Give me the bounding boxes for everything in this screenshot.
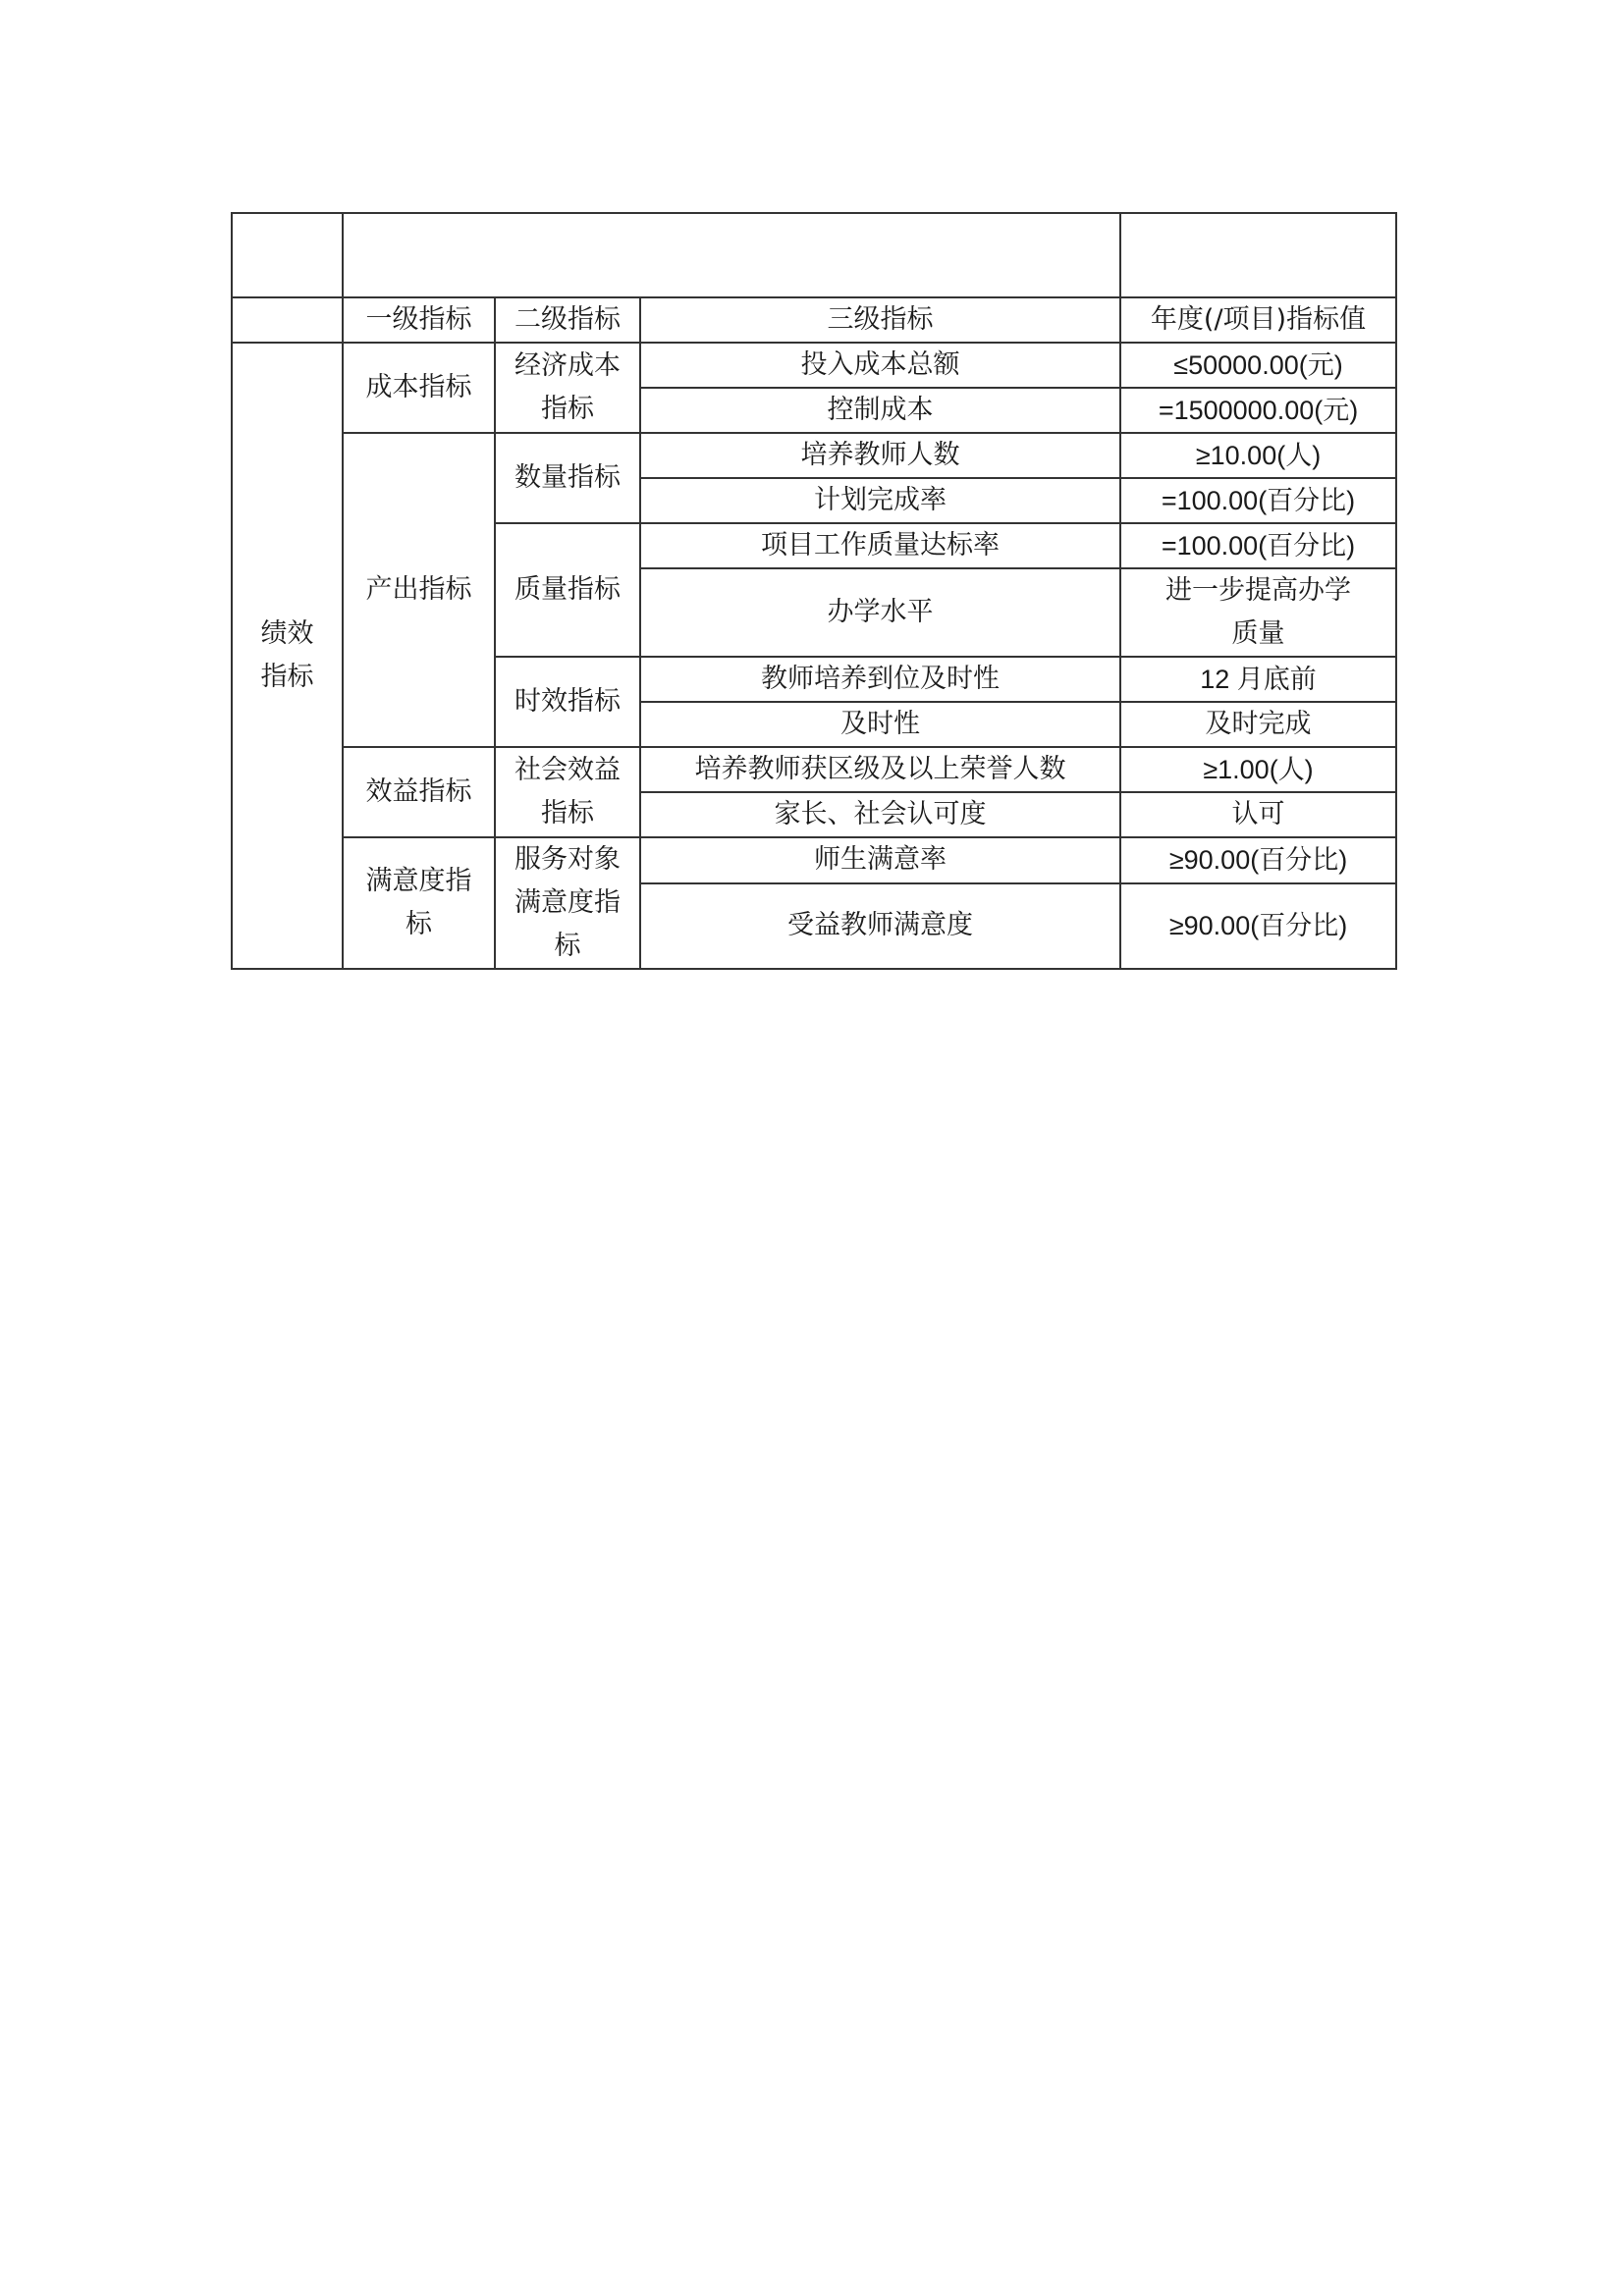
level1-label: 满意度指标 bbox=[364, 860, 473, 946]
value-cell: 进一步提高办学质量 bbox=[1120, 568, 1396, 657]
level2-label: 经济成本指标 bbox=[514, 345, 623, 431]
level1-cell: 成本指标 bbox=[343, 343, 495, 433]
level1-cell: 效益指标 bbox=[343, 747, 495, 837]
table-row: 产出指标 数量指标 培养教师人数 ≥10.00(人) bbox=[232, 433, 1396, 478]
level2-cell: 数量指标 bbox=[495, 433, 640, 523]
level3-cell: 培养教师获区级及以上荣誉人数 bbox=[640, 747, 1120, 792]
header-level1: 一级指标 bbox=[343, 297, 495, 343]
level3-cell: 控制成本 bbox=[640, 388, 1120, 433]
table-row: 绩效指标 成本指标 经济成本指标 投入成本总额 ≤50000.00(元) bbox=[232, 343, 1396, 388]
level2-cell: 经济成本指标 bbox=[495, 343, 640, 433]
document-page: 一级指标 二级指标 三级指标 年度(/项目)指标值 绩效指标 成本指标 经济成本… bbox=[0, 0, 1624, 2296]
value-cell: 及时完成 bbox=[1120, 702, 1396, 747]
value-label: 进一步提高办学质量 bbox=[1164, 569, 1353, 656]
level3-cell: 项目工作质量达标率 bbox=[640, 523, 1120, 568]
table-row: 满意度指标 服务对象满意度指标 师生满意率 ≥90.00(百分比) bbox=[232, 837, 1396, 883]
level2-label: 服务对象满意度指标 bbox=[514, 838, 623, 968]
table-top-row bbox=[232, 213, 1396, 297]
category-label: 绩效指标 bbox=[259, 613, 315, 699]
level2-cell: 质量指标 bbox=[495, 523, 640, 657]
value-cell: ≥10.00(人) bbox=[1120, 433, 1396, 478]
top-blank-cell-2 bbox=[343, 213, 1120, 297]
value-cell: =1500000.00(元) bbox=[1120, 388, 1396, 433]
level2-label: 社会效益指标 bbox=[514, 749, 623, 835]
level3-cell: 培养教师人数 bbox=[640, 433, 1120, 478]
value-cell: ≥90.00(百分比) bbox=[1120, 837, 1396, 883]
level1-cell: 满意度指标 bbox=[343, 837, 495, 969]
table-row: 效益指标 社会效益指标 培养教师获区级及以上荣誉人数 ≥1.00(人) bbox=[232, 747, 1396, 792]
level2-cell: 服务对象满意度指标 bbox=[495, 837, 640, 969]
category-cell: 绩效指标 bbox=[232, 343, 343, 969]
level3-cell: 家长、社会认可度 bbox=[640, 792, 1120, 837]
value-cell: 12 月底前 bbox=[1120, 657, 1396, 702]
level3-cell: 计划完成率 bbox=[640, 478, 1120, 523]
level3-cell: 办学水平 bbox=[640, 568, 1120, 657]
value-cell: ≥90.00(百分比) bbox=[1120, 883, 1396, 969]
level3-cell: 教师培养到位及时性 bbox=[640, 657, 1120, 702]
value-cell: ≥1.00(人) bbox=[1120, 747, 1396, 792]
top-blank-cell-3 bbox=[1120, 213, 1396, 297]
header-level3: 三级指标 bbox=[640, 297, 1120, 343]
level3-cell: 受益教师满意度 bbox=[640, 883, 1120, 969]
value-cell: 认可 bbox=[1120, 792, 1396, 837]
level3-cell: 投入成本总额 bbox=[640, 343, 1120, 388]
table-header-row: 一级指标 二级指标 三级指标 年度(/项目)指标值 bbox=[232, 297, 1396, 343]
top-blank-cell-1 bbox=[232, 213, 343, 297]
value-cell: ≤50000.00(元) bbox=[1120, 343, 1396, 388]
level3-cell: 师生满意率 bbox=[640, 837, 1120, 883]
value-cell: =100.00(百分比) bbox=[1120, 523, 1396, 568]
level2-cell: 社会效益指标 bbox=[495, 747, 640, 837]
level1-cell: 产出指标 bbox=[343, 433, 495, 747]
header-level2: 二级指标 bbox=[495, 297, 640, 343]
performance-indicator-table: 一级指标 二级指标 三级指标 年度(/项目)指标值 绩效指标 成本指标 经济成本… bbox=[231, 212, 1397, 970]
header-value: 年度(/项目)指标值 bbox=[1120, 297, 1396, 343]
value-cell: =100.00(百分比) bbox=[1120, 478, 1396, 523]
header-blank bbox=[232, 297, 343, 343]
level3-cell: 及时性 bbox=[640, 702, 1120, 747]
level2-cell: 时效指标 bbox=[495, 657, 640, 747]
